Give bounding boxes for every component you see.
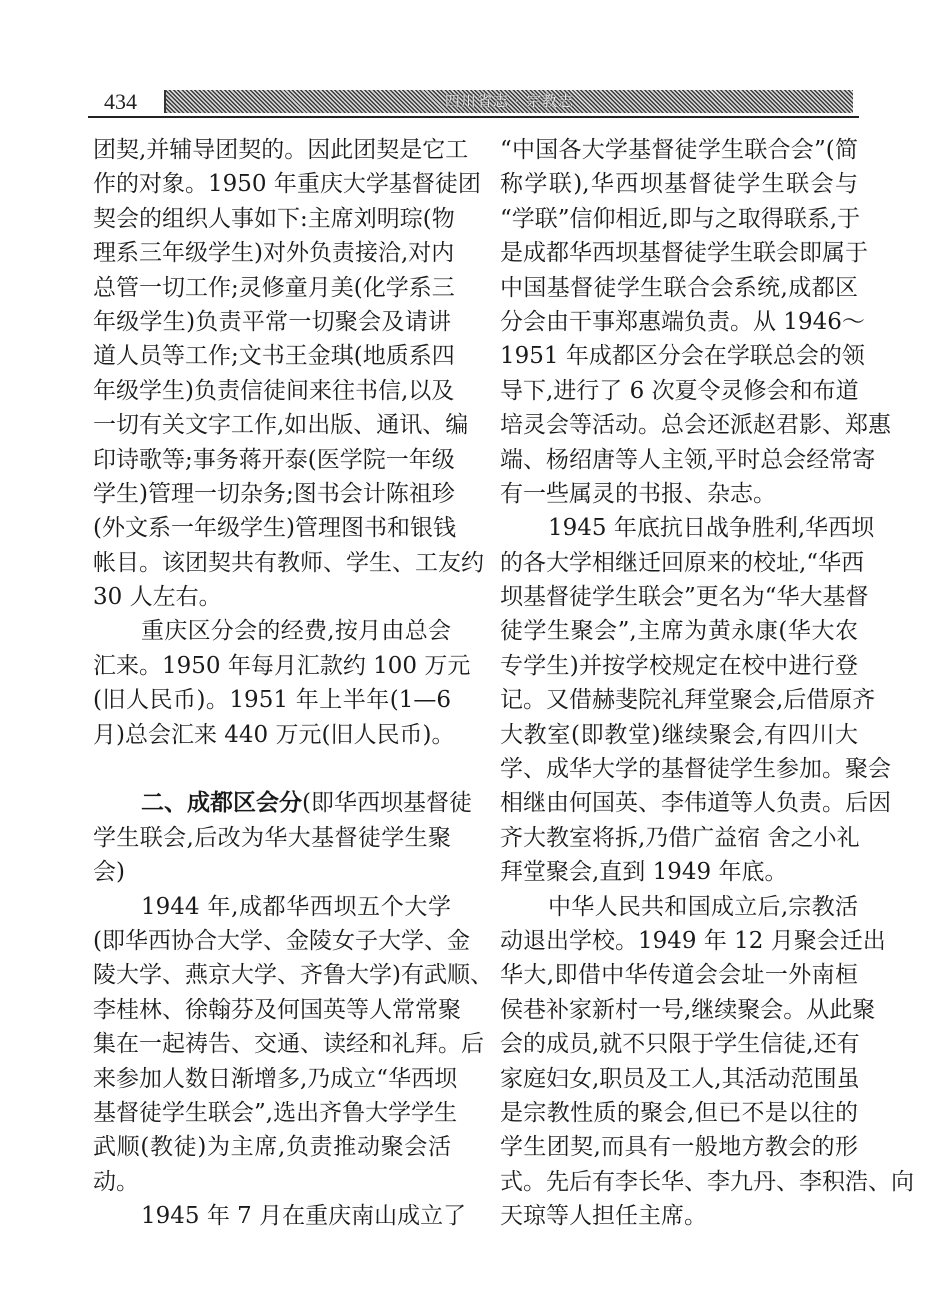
text-line: 中国基督徒学生联合会系统,成都区 bbox=[500, 271, 858, 305]
page-number: 434 bbox=[104, 89, 137, 115]
text-line: 会的成员,就不只限于学生信徒,还有 bbox=[500, 1027, 858, 1061]
text-line: 导下,进行了 6 次夏令灵修会和布道 bbox=[500, 374, 858, 408]
paragraph-start-line: 重庆区分会的经费,按月由总会 bbox=[93, 614, 451, 648]
text-line: 侯巷补家新村一号,继续聚会。从此聚 bbox=[500, 993, 858, 1027]
text-line: 拜堂聚会,直到 1949 年底。 bbox=[500, 855, 858, 889]
text-line: 理系三年级学生)对外负责接洽,对内 bbox=[93, 236, 451, 270]
section-heading: 二、成都区会分(即华西坝基督徒 bbox=[93, 786, 451, 820]
right-column: “中国各大学基督徒学生联合会”(简 称学联),华西坝基督徒学生联会与 “学联”信… bbox=[500, 133, 858, 1234]
paragraph-start-line: 1944 年,成都华西坝五个大学 bbox=[93, 890, 451, 924]
text-line: 天琼等人担任主席。 bbox=[500, 1199, 858, 1233]
text-line: 学、成华大学的基督徒学生参加。聚会 bbox=[500, 752, 858, 786]
text-line: 一切有关文字工作,如出版、通讯、编 bbox=[93, 408, 451, 442]
text-line: 动退出学校。1949 年 12 月聚会迁出 bbox=[500, 924, 858, 958]
text-line: 家庭妇女,职员及工人,其活动范围虽 bbox=[500, 1062, 858, 1096]
text-line: 有一些属灵的书报、杂志。 bbox=[500, 477, 858, 511]
text-line: 齐大教室将拆,乃借广益宿 舍之小礼 bbox=[500, 821, 858, 855]
text-line: 大教室(即教堂)继续聚会,有四川大 bbox=[500, 718, 858, 752]
running-header-band: 四川省志 · 宗教志 bbox=[164, 90, 853, 113]
text-line: 会) bbox=[93, 855, 451, 889]
text-line: 学生团契,而具有一般地方教会的形 bbox=[500, 1130, 858, 1164]
section-heading-rest: (即华西坝基督徒 bbox=[302, 790, 472, 816]
text-line: (外文系一年级学生)管理图书和银钱 bbox=[93, 511, 451, 545]
text-line: 坝基督徒学生联会”更名为“华大基督 bbox=[500, 580, 858, 614]
text-line: 培灵会等活动。总会还派赵君影、郑惠 bbox=[500, 408, 858, 442]
text-line: 华大,即借中华传道会会址一外南桓 bbox=[500, 958, 858, 992]
text-line: 道人员等工作;文书王金琪(地质系四 bbox=[93, 339, 451, 373]
section-heading-bold: 二、成都区会分 bbox=[141, 790, 302, 816]
text-line: 集在一起祷告、交通、读经和礼拜。后 bbox=[93, 1027, 451, 1061]
text-line: 记。又借赫斐院礼拜堂聚会,后借原齐 bbox=[500, 683, 858, 717]
paragraph-start-line: 中华人民共和国成立后,宗教活 bbox=[500, 890, 858, 924]
text-line: 团契,并辅导团契的。因此团契是它工 bbox=[93, 133, 451, 167]
text-line: 月)总会汇来 440 万元(旧人民币)。 bbox=[93, 718, 451, 752]
text-line: 武顺(教徒)为主席,负责推动聚会活 bbox=[93, 1130, 451, 1164]
text-line: “学联”信仰相近,即与之取得联系,于 bbox=[500, 202, 858, 236]
text-line: (即华西协合大学、金陵女子大学、金 bbox=[93, 924, 451, 958]
text-line: (旧人民币)。1951 年上半年(1—6 bbox=[93, 683, 451, 717]
running-title: 四川省志 · 宗教志 bbox=[441, 90, 578, 113]
paragraph-start-line: 1945 年 7 月在重庆南山成立了 bbox=[93, 1199, 451, 1233]
blank-line bbox=[93, 752, 451, 786]
text-line: 相继由何国英、李伟道等人负责。后因 bbox=[500, 786, 858, 820]
paragraph-start-line: 1945 年底抗日战争胜利,华西坝 bbox=[500, 511, 858, 545]
text-line: 的各大学相继迁回原来的校址,“华西 bbox=[500, 546, 858, 580]
text-line: 年级学生)负责平常一切聚会及请讲 bbox=[93, 305, 451, 339]
text-line: 1951 年成都区分会在学联总会的领 bbox=[500, 339, 858, 373]
text-line: 分会由干事郑惠端负责。从 1946～ bbox=[500, 305, 858, 339]
text-line: 印诗歌等;事务蒋开泰(医学院一年级 bbox=[93, 443, 451, 477]
text-line: 作的对象。1950 年重庆大学基督徒团 bbox=[93, 167, 451, 201]
text-line: 端、杨绍唐等人主领,平时总会经常寄 bbox=[500, 443, 858, 477]
text-line: 基督徒学生联会”,选出齐鲁大学学生 bbox=[93, 1096, 451, 1130]
text-line: 30 人左右。 bbox=[93, 580, 451, 614]
text-line: 动。 bbox=[93, 1165, 451, 1199]
text-line: 是成都华西坝基督徒学生联会即属于 bbox=[500, 236, 858, 270]
text-line: 总管一切工作;灵修童月美(化学系三 bbox=[93, 271, 451, 305]
text-line: 陵大学、燕京大学、齐鲁大学)有武顺、 bbox=[93, 958, 451, 992]
text-line: 是宗教性质的聚会,但已不是以往的 bbox=[500, 1096, 858, 1130]
left-column: 团契,并辅导团契的。因此团契是它工 作的对象。1950 年重庆大学基督徒团 契会… bbox=[93, 133, 451, 1234]
text-line: “中国各大学基督徒学生联合会”(简 bbox=[500, 133, 858, 167]
text-line: 专学生)并按学校规定在校中进行登 bbox=[500, 649, 858, 683]
text-line: 学生联会,后改为华大基督徒学生聚 bbox=[93, 821, 451, 855]
text-line: 学生)管理一切杂务;图书会计陈祖珍 bbox=[93, 477, 451, 511]
header-rule bbox=[88, 116, 859, 118]
text-line: 式。先后有李长华、李九丹、李积浩、向 bbox=[500, 1165, 858, 1199]
text-line: 李桂林、徐翰芬及何国英等人常常聚 bbox=[93, 993, 451, 1027]
text-line: 来参加人数日渐增多,乃成立“华西坝 bbox=[93, 1062, 451, 1096]
text-line: 契会的组织人事如下:主席刘明琮(物 bbox=[93, 202, 451, 236]
text-line: 年级学生)负责信徒间来往书信,以及 bbox=[93, 374, 451, 408]
text-line: 徒学生聚会”,主席为黄永康(华大农 bbox=[500, 614, 858, 648]
text-line: 称学联),华西坝基督徒学生联会与 bbox=[500, 167, 858, 201]
text-line: 汇来。1950 年每月汇款约 100 万元 bbox=[93, 649, 451, 683]
text-line: 帐目。该团契共有教师、学生、工友约 bbox=[93, 546, 451, 580]
